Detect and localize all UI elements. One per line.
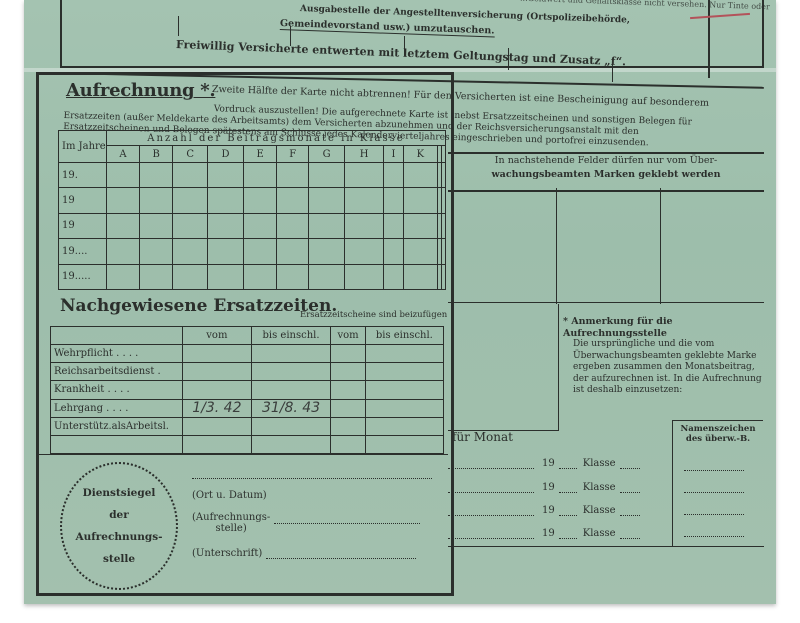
stamps-header-line: In nachstehende Felder dürfen nur vom Üb… bbox=[448, 154, 764, 168]
initials-header: Namenszeichen des überw.-B. bbox=[676, 424, 760, 444]
seal-section-divider bbox=[36, 454, 448, 455]
table-row: Krankheit . . . . bbox=[51, 381, 444, 399]
row-label: Krankheit . . . . bbox=[51, 381, 183, 399]
office-label: (Aufrechnungs- stelle) bbox=[192, 512, 270, 534]
cell bbox=[365, 399, 443, 417]
cell bbox=[251, 381, 331, 399]
handwritten-date-from: 1/3. 42 bbox=[183, 399, 252, 417]
initials-line bbox=[684, 536, 744, 537]
initials-line bbox=[684, 492, 744, 493]
cell bbox=[331, 417, 365, 435]
cell bbox=[331, 381, 365, 399]
right-bottom-line bbox=[448, 546, 764, 547]
stamp-divider bbox=[660, 188, 661, 304]
class-label: Klasse bbox=[583, 482, 616, 493]
year-header: Im Jahre bbox=[59, 131, 107, 163]
row-label: Lehrgang . . . . bbox=[51, 399, 183, 417]
cell bbox=[251, 363, 331, 381]
stamp-fields bbox=[448, 188, 764, 304]
cell bbox=[251, 435, 331, 453]
month-row: 19 Klasse bbox=[448, 528, 640, 539]
table-row: Unterstütz.alsArbeitsl. bbox=[51, 417, 444, 435]
class-label: Klasse bbox=[583, 458, 616, 469]
month-label: für Monat bbox=[452, 430, 513, 444]
beitrags-table: Im Jahre Anzahl der Beitragsmonate in Kl… bbox=[58, 130, 446, 290]
class-caption: Anzahl der Beitragsmonate in Klasse bbox=[107, 131, 446, 146]
seal-text: stelle bbox=[103, 548, 135, 570]
stamp-bottom-line bbox=[448, 302, 764, 303]
cell bbox=[365, 363, 443, 381]
office-line bbox=[274, 522, 420, 524]
column-header: vom bbox=[183, 327, 252, 345]
year-prefix: 19 bbox=[542, 482, 555, 493]
class-label: Klasse bbox=[583, 528, 616, 539]
ersatzzeiten-subtitle: Ersatzzeitscheine sind beizufügen bbox=[300, 310, 447, 320]
tick-mark bbox=[290, 26, 291, 46]
stamp-field-lower bbox=[448, 304, 559, 431]
class-header: C bbox=[173, 146, 208, 163]
office-field: (Aufrechnungs- stelle) bbox=[192, 512, 420, 534]
seal-text: der bbox=[109, 504, 129, 526]
cell bbox=[251, 345, 331, 363]
month-row: 19 Klasse bbox=[448, 482, 640, 493]
cell bbox=[183, 417, 252, 435]
cell bbox=[251, 417, 331, 435]
note-title: * Anmerkung für die Aufrechnungsstelle bbox=[563, 316, 763, 339]
place-date-field: (Ort u. Datum) bbox=[192, 482, 267, 501]
table-row: 19..... bbox=[59, 264, 446, 289]
signature-line bbox=[266, 557, 416, 559]
cell bbox=[331, 399, 365, 417]
class-header: E bbox=[244, 146, 277, 163]
cell bbox=[331, 435, 365, 453]
seal-text: Aufrechnungs- bbox=[75, 526, 162, 548]
handwritten-date-to: 31/8. 43 bbox=[251, 399, 331, 417]
class-header: H bbox=[345, 146, 384, 163]
column-header: bis einschl. bbox=[251, 327, 331, 345]
year-cell: 19. bbox=[59, 163, 107, 188]
cell bbox=[331, 363, 365, 381]
place-date-label: (Ort u. Datum) bbox=[192, 490, 267, 501]
cell bbox=[365, 345, 443, 363]
table-row: Lehrgang . . . .1/3. 4231/8. 43 bbox=[51, 399, 444, 417]
note-block: * Anmerkung für die Aufrechnungsstelle D… bbox=[563, 316, 763, 397]
year-prefix: 19 bbox=[542, 505, 555, 516]
stamp-divider bbox=[556, 188, 557, 304]
month-row: 19 Klasse bbox=[448, 505, 640, 516]
year-cell: 19.... bbox=[59, 239, 107, 264]
tick-mark bbox=[404, 36, 405, 56]
year-cell: 19 bbox=[59, 213, 107, 238]
tick-mark bbox=[508, 48, 509, 70]
row-label bbox=[51, 435, 183, 453]
class-header: B bbox=[139, 146, 172, 163]
cell bbox=[183, 435, 252, 453]
table-row: 19 bbox=[59, 213, 446, 238]
class-header: A bbox=[107, 146, 140, 163]
aufrechnung-title: Aufrechnung *. bbox=[66, 80, 215, 101]
row-label: Wehrpflicht . . . . bbox=[51, 345, 183, 363]
stamps-header: In nachstehende Felder dürfen nur vom Üb… bbox=[448, 152, 764, 192]
cell bbox=[365, 381, 443, 399]
class-header: K bbox=[403, 146, 437, 163]
class-header: I bbox=[384, 146, 404, 163]
year-cell: 19..... bbox=[59, 264, 107, 289]
table-row: 19 bbox=[59, 188, 446, 213]
row-label: Reichsarbeitsdienst . bbox=[51, 363, 183, 381]
year-prefix: 19 bbox=[542, 458, 555, 469]
month-row: 19 Klasse bbox=[448, 458, 640, 469]
year-cell: 19 bbox=[59, 188, 107, 213]
tick-mark bbox=[178, 16, 179, 36]
top-column-divider bbox=[708, 0, 710, 78]
cell bbox=[183, 363, 252, 381]
row-label: Unterstütz.alsArbeitsl. bbox=[51, 417, 183, 435]
stamps-header-line: wachungsbeamten Marken geklebt werden bbox=[448, 168, 764, 182]
class-header: D bbox=[207, 146, 243, 163]
table-row: Reichsarbeitsdienst . bbox=[51, 363, 444, 381]
initials-line bbox=[684, 514, 744, 515]
tick-mark bbox=[612, 60, 613, 82]
year-prefix: 19 bbox=[542, 528, 555, 539]
cell bbox=[365, 417, 443, 435]
class-header: G bbox=[309, 146, 345, 163]
cell bbox=[183, 345, 252, 363]
cell bbox=[183, 381, 252, 399]
note-text: Die ursprüngliche und die vom Überwachun… bbox=[563, 339, 763, 397]
signature-label: (Unterschrift) bbox=[192, 548, 262, 559]
column-header: vom bbox=[331, 327, 365, 345]
table-row: 19.... bbox=[59, 239, 446, 264]
ersatzzeiten-title: Nachgewiesene Ersatzzeiten. bbox=[60, 296, 337, 316]
class-header: F bbox=[277, 146, 309, 163]
table-row: 19. bbox=[59, 163, 446, 188]
table-row bbox=[51, 435, 444, 453]
official-seal-circle: Dienstsiegel der Aufrechnungs- stelle bbox=[60, 462, 178, 590]
cell bbox=[331, 345, 365, 363]
ersatzzeiten-table: vom bis einschl. vom bis einschl. Wehrpf… bbox=[50, 326, 444, 454]
table-row: Wehrpflicht . . . . bbox=[51, 345, 444, 363]
initials-line bbox=[684, 470, 744, 471]
class-header bbox=[441, 146, 445, 163]
column-header: bis einschl. bbox=[365, 327, 443, 345]
seal-text: Dienstsiegel bbox=[83, 482, 156, 504]
cell bbox=[365, 435, 443, 453]
signature-field: (Unterschrift) bbox=[192, 548, 416, 559]
class-label: Klasse bbox=[583, 505, 616, 516]
